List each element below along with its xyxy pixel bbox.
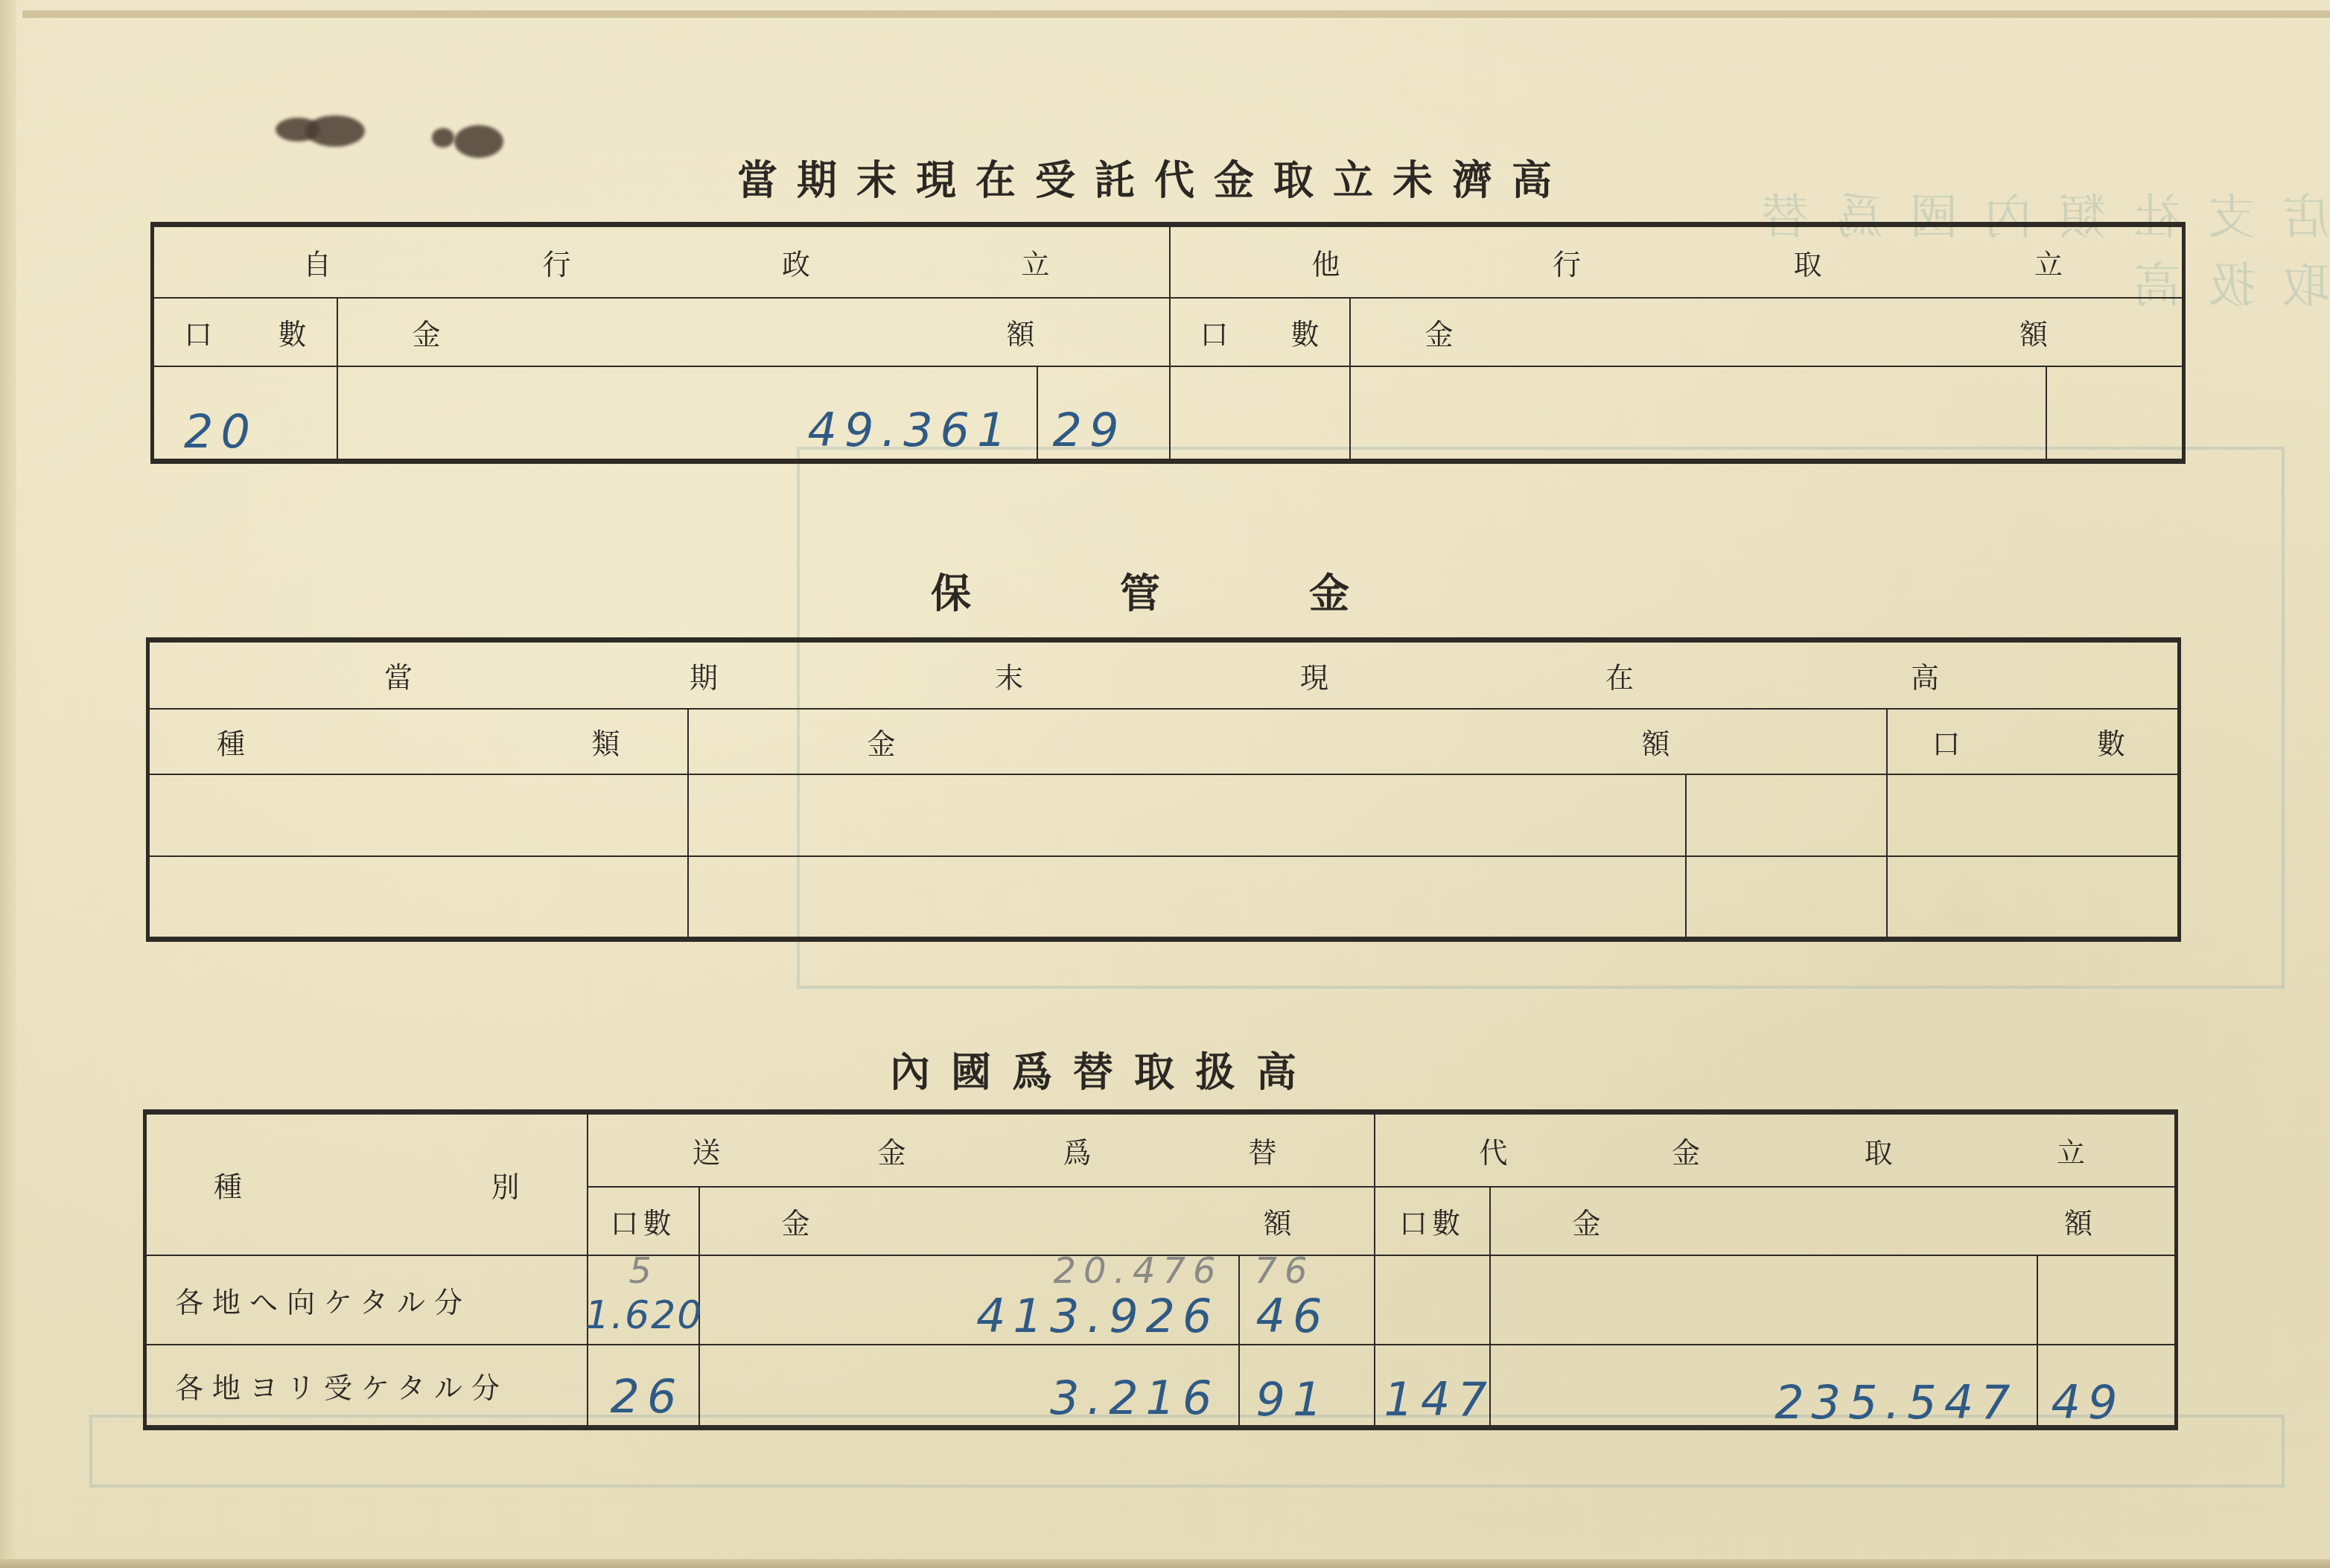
remit-amount-yen-value: 3.216: [1050, 1371, 1220, 1425]
remit-amount-sen-value: 46: [1256, 1289, 1330, 1343]
pencil-note: 76: [1255, 1250, 1315, 1292]
col-header-amount: 金額: [1490, 1187, 2177, 1255]
remit-count-value: 1.620: [585, 1293, 704, 1338]
header-end-of-period-balance: 當 期 末 現 在 高: [148, 640, 2180, 709]
table-row: [148, 856, 2180, 940]
other-amount-yen-cell[interactable]: [1350, 366, 2046, 462]
collect-amount-sen-cell[interactable]: 49: [2037, 1345, 2177, 1428]
group-header-collection: 代 金 取 立: [1375, 1112, 2177, 1187]
remit-amount-yen-value: 413.926: [976, 1289, 1219, 1343]
collect-amount-yen-cell[interactable]: 235.547: [1490, 1345, 2037, 1428]
document-page: 店支社類內國爲替取扱高 當期末現在受託代金取立未濟高 自 行 政 立 他: [0, 0, 2330, 1568]
group-header-remittance: 送 金 爲 替: [588, 1112, 1375, 1187]
section3-table: 種別 送 金 爲 替 代 金 取 立 口數: [143, 1109, 2178, 1430]
self-amount-sen-cell[interactable]: 29: [1037, 366, 1170, 462]
section2-table: 當 期 末 現 在 高 種類 金額 口數: [146, 637, 2181, 942]
collect-amount-sen-cell[interactable]: [2037, 1255, 2177, 1345]
remit-count-value: 26: [611, 1369, 684, 1424]
section1-table: 自 行 政 立 他 行 取 立 口數 金額: [150, 222, 2186, 464]
table-row: 各地へ向ケタル分 5 1.620 20.476 413.926 76 46: [145, 1255, 2177, 1345]
collect-count-cell[interactable]: 147: [1375, 1345, 1490, 1428]
section3-title: 內國爲替取扱高: [890, 1041, 1317, 1098]
amount-sen-cell[interactable]: [1686, 774, 1887, 856]
row-label-incoming: 各地ヨリ受ケタル分: [145, 1345, 588, 1428]
remit-amount-yen-cell[interactable]: 3.216: [699, 1345, 1239, 1428]
col-header-count: 口數: [1375, 1187, 1490, 1255]
other-count-cell[interactable]: [1170, 366, 1350, 462]
section2-title: 保管金: [931, 562, 1349, 619]
col-header-count: 口數: [1170, 298, 1350, 366]
other-amount-sen-cell[interactable]: [2046, 366, 2184, 462]
ink-stain: [432, 128, 454, 147]
count-cell[interactable]: [1887, 856, 2180, 940]
col-header-amount: 金額: [688, 709, 1887, 774]
collect-amount-yen-value: 235.547: [1774, 1375, 2017, 1430]
page-left-edge: [0, 0, 16, 1568]
type-cell[interactable]: [148, 774, 688, 856]
self-count-value: 20: [184, 404, 258, 459]
remit-amount-sen-cell[interactable]: 91: [1239, 1345, 1375, 1428]
page-fold-line: [22, 10, 2330, 18]
collect-amount-yen-cell[interactable]: [1490, 1255, 2037, 1345]
row-label-outgoing: 各地へ向ケタル分: [145, 1255, 588, 1345]
self-amount-yen-value: 49.361: [808, 403, 1014, 457]
page-bottom-edge: [0, 1559, 2330, 1568]
col-header-amount: 金額: [699, 1187, 1375, 1255]
section1-title: 當期末現在受託代金取立未濟高: [737, 149, 1571, 206]
table-row: 各地ヨリ受ケタル分 26 3.216 91 147 235.547 49: [145, 1345, 2177, 1428]
collect-count-value: 147: [1384, 1372, 1495, 1427]
col-header-count: 口數: [1887, 709, 2180, 774]
ink-stain: [305, 115, 365, 147]
table-row: [148, 774, 2180, 856]
remit-count-cell[interactable]: 26: [588, 1345, 699, 1428]
remit-amount-sen-value: 91: [1256, 1372, 1330, 1427]
self-amount-yen-cell[interactable]: 49.361: [337, 366, 1037, 462]
self-amount-sen-value: 29: [1053, 403, 1127, 457]
col-header-kind: 種別: [145, 1112, 588, 1255]
collect-amount-sen-value: 49: [2052, 1375, 2125, 1430]
amount-yen-cell[interactable]: [688, 774, 1686, 856]
amount-yen-cell[interactable]: [688, 856, 1686, 940]
col-header-amount: 金額: [337, 298, 1170, 366]
self-count-cell[interactable]: 20: [153, 366, 337, 462]
amount-sen-cell[interactable]: [1686, 856, 1887, 940]
type-cell[interactable]: [148, 856, 688, 940]
col-header-type: 種類: [148, 709, 688, 774]
remit-count-cell[interactable]: 5 1.620: [588, 1255, 699, 1345]
ink-stain: [454, 125, 503, 158]
pencil-note: 20.476: [1054, 1250, 1223, 1292]
remit-amount-sen-cell[interactable]: 76 46: [1239, 1255, 1375, 1345]
col-header-amount: 金額: [1350, 298, 2184, 366]
group-header-self-collection: 自 行 政 立: [153, 225, 1170, 298]
col-header-count: 口數: [153, 298, 337, 366]
col-header-count: 口數: [588, 1187, 699, 1255]
collect-count-cell[interactable]: [1375, 1255, 1490, 1345]
count-cell[interactable]: [1887, 774, 2180, 856]
remit-amount-yen-cell[interactable]: 20.476 413.926: [699, 1255, 1239, 1345]
group-header-other-collection: 他 行 取 立: [1170, 225, 2184, 298]
pencil-note: 5: [629, 1250, 660, 1292]
